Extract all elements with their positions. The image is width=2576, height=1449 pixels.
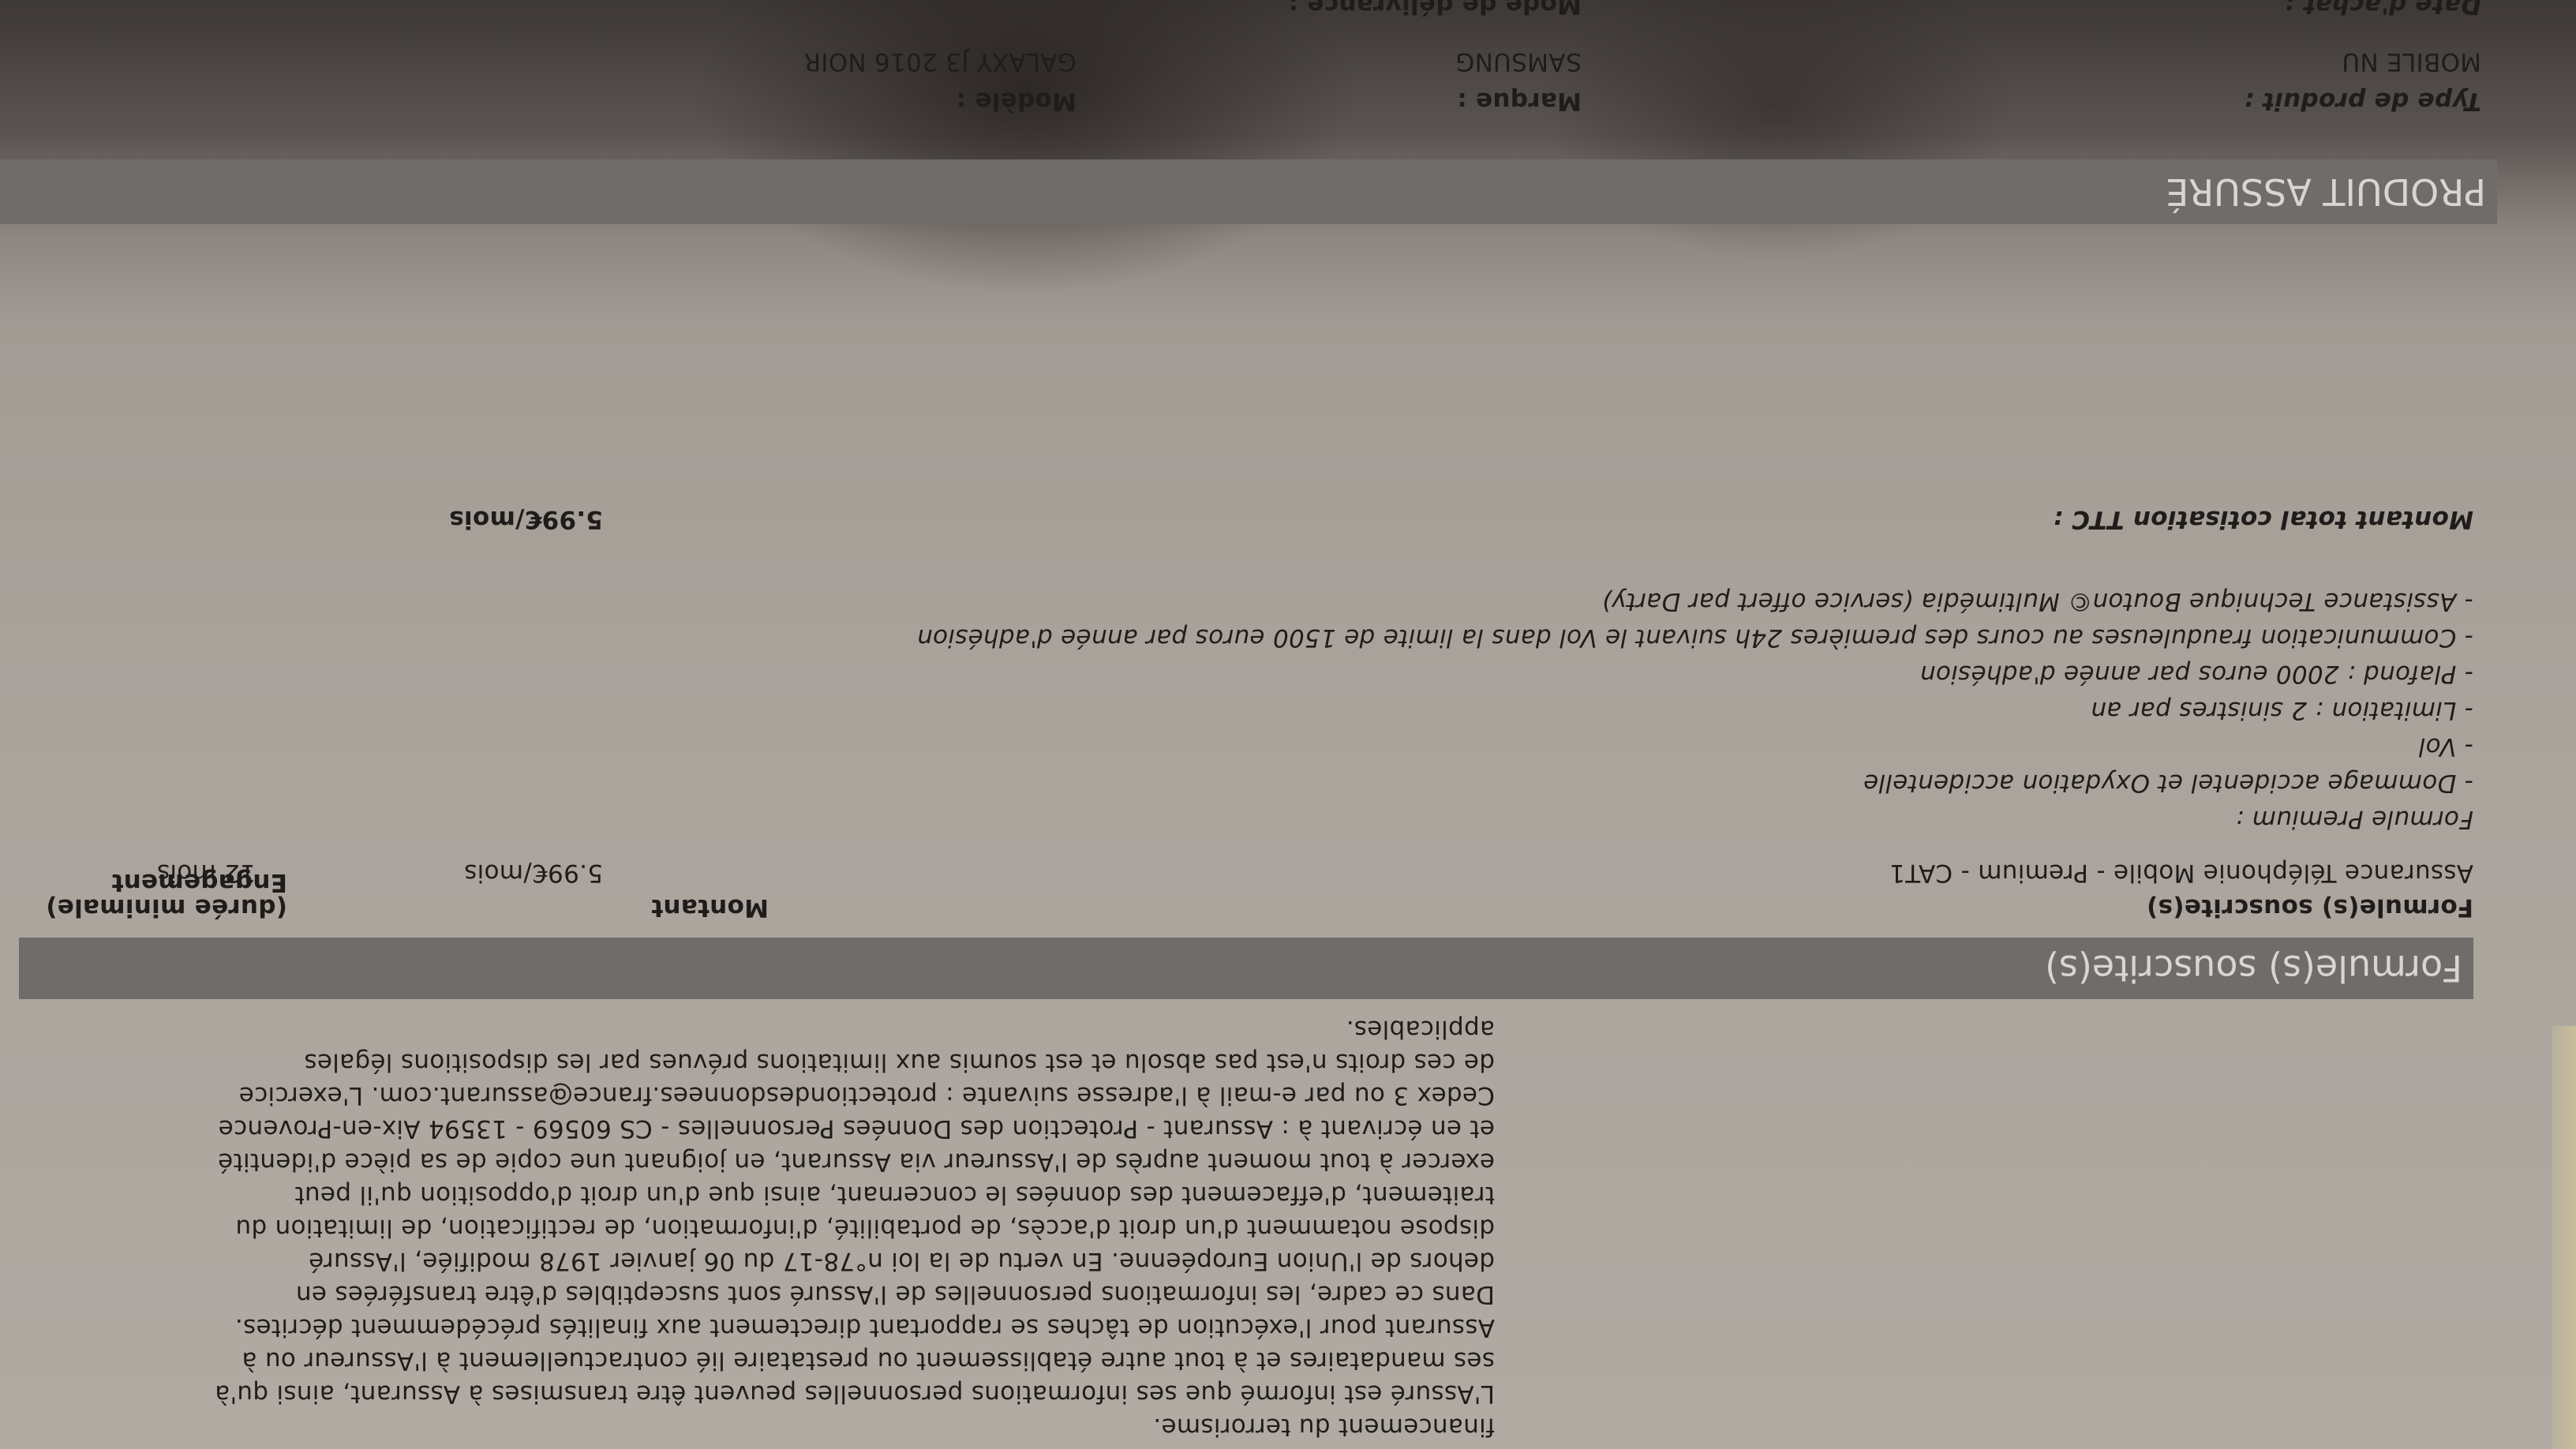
formule-name: Assurance Téléphonie Mobile - Premium - … [1889,859,2473,887]
formule-engagement: 12 mois [157,859,256,887]
intro-line: applicables. [1346,1015,1495,1043]
document-page: financement du terrorisme. L'Assuré est … [0,0,2576,1449]
modele-value: GALAXY J3 2016 NOIR [803,47,1076,76]
total-label: Montant total cotisation TTC : [2053,505,2473,534]
formule-montant: 5.99€/mois [464,859,603,887]
section-band-formules: Formule(s) souscrite(s) [19,938,2473,999]
type-label: Type de produit : [2244,87,2481,115]
detail-item: - Vol [2418,732,2473,761]
intro-line: exercer à tout moment auprès de l'Assure… [218,1148,1495,1176]
section-band-produit: PRODUIT ASSURÉ [0,159,2497,224]
intro-line: de ces droits n'est pas absolu et est so… [304,1048,1495,1076]
header-formule: Formule(s) souscrite(s) [2147,893,2473,922]
intro-line: et en écrivant à : Assurant - Protection… [218,1114,1495,1143]
header-engagement-sub: (durée minimale) [46,893,287,922]
header-montant: Montant [651,893,769,922]
detail-item: - Limitation : 2 sinistres par an [2091,696,2473,724]
date-label: Date d'achat : [2285,0,2481,19]
intro-line: ses mandataires et à tout autre établiss… [241,1346,1495,1375]
type-value: MOBILE NU [2342,47,2481,76]
intro-line: Cedex 3 ou par e-mail à l'adresse suivan… [238,1081,1495,1110]
intro-line: Assurant pour l'exécution de tâches se r… [235,1313,1495,1342]
intro-line: L'Assuré est informé que ses information… [215,1380,1495,1408]
section-title: PRODUIT ASSURÉ [2166,170,2486,213]
total-value: 5.99€/mois [449,505,603,534]
intro-line: Dans ce cadre, les informations personne… [296,1280,1495,1309]
intro-line: dehors de l'Union Européenne. En vertu d… [309,1247,1495,1275]
modele-label: Modèle : [956,87,1076,115]
livraison-label: Mode de délivrance : [1288,0,1582,19]
section-title: Formule(s) souscrite(s) [2045,947,2462,990]
intro-line: financement du terrorisme. [1153,1413,1495,1441]
details-title: Formule Premium : [2236,805,2474,833]
detail-item: - Plafond : 2000 euros par année d'adhés… [1920,660,2473,688]
intro-line: traitement, d'effacement des données le … [294,1181,1495,1209]
detail-item: - Dommage accidentel et Oxydation accide… [1863,769,2473,797]
detail-item: - Assistance Technique Bouton© Multimédi… [1601,587,2473,616]
detail-item: - Communication frauduleuses au cours de… [917,623,2473,652]
intro-line: dispose notamment d'un droit d'accès, de… [235,1214,1495,1242]
marque-label: Marque : [1457,87,1582,115]
marque-value: SAMSUNG [1455,47,1582,76]
